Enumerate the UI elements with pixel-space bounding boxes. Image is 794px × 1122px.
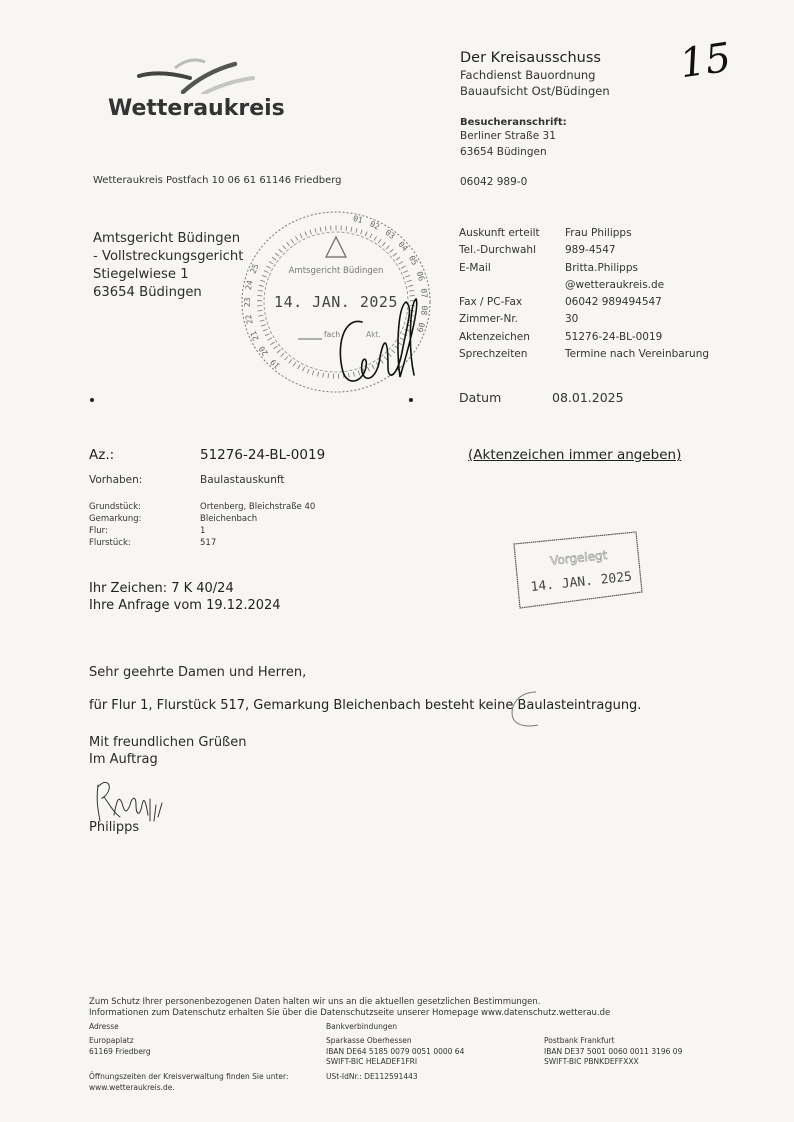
contact-info-value: 06042 989494547 [565,296,709,313]
contact-info-row: Fax / PC-Fax06042 989494547 [459,296,709,313]
svg-text:Amtsgericht Büdingen: Amtsgericht Büdingen [289,266,384,276]
bank-name: Postbank Frankfurt [544,1036,682,1047]
contact-info-row: @wetteraukreis.de [459,279,709,296]
org-division: Bauaufsicht Ost/Büdingen [460,84,610,98]
plot-detail-row: Grundstück:Ortenberg, Bleichstraße 40 [89,501,315,513]
contact-info-key: E-Mail [459,262,565,279]
logo-text: Wetteraukreis [108,96,285,121]
plot-detail-key: Gemarkung: [89,513,200,525]
contact-info-row: Tel.-Durchwahl989-4547 [459,244,709,261]
project-label: Vorhaben: [89,474,142,486]
privacy-line: Zum Schutz Ihrer personenbezogenen Daten… [89,997,610,1008]
recipient-line: - Vollstreckungsgericht [93,248,243,266]
visitor-street: Berliner Straße 31 [460,130,556,142]
opening-hours-text: Öffnungszeiten der Kreisverwaltung finde… [89,1072,289,1083]
bank-iban: IBAN DE37 5001 0060 0011 3196 09 [544,1047,682,1058]
contact-info-row: Auskunft erteiltFrau Philipps [459,227,709,244]
svg-text:09: 09 [415,321,427,333]
recipient-line: Amtsgericht Büdingen [93,230,243,248]
wetteraukreis-logo-mark [135,52,265,94]
bank-sparkasse: Sparkasse Oberhessen IBAN DE64 5185 0079… [326,1036,464,1068]
plot-detail-row: Flur:1 [89,525,315,537]
contact-info-key [459,279,565,296]
plot-detail-row: Gemarkung:Bleichenbach [89,513,315,525]
svg-text:02: 02 [368,219,381,231]
plot-details-table: Grundstück:Ortenberg, Bleichstraße 40Gem… [89,501,315,549]
plot-detail-key: Flurstück: [89,537,200,549]
your-reference: Ihr Zeichen: 7 K 40/24 [89,580,281,597]
signer-name: Philipps [89,820,139,835]
handwritten-page-mark: 15 [677,35,734,88]
footer-bank-label: Bankverbindungen [326,1022,397,1031]
contact-info-key: Tel.-Durchwahl [459,244,565,261]
contact-info-table: Auskunft erteiltFrau PhilippsTel.-Durchw… [459,227,709,365]
main-phone: 06042 989-0 [460,176,527,188]
contact-info-row: E-MailBritta.Philipps [459,262,709,279]
bank-iban: IBAN DE64 5185 0079 0051 0000 64 [326,1047,464,1058]
presented-stamp: Vorgelegt 14. JAN. 2025 [510,530,648,610]
org-department: Fachdienst Bauordnung [460,68,595,82]
bank-bic: SWIFT-BIC HELADEF1FRI [326,1057,464,1068]
contact-info-value: @wetteraukreis.de [565,279,709,296]
sender-return-address: Wetteraukreis Postfach 10 06 61 61146 Fr… [93,175,342,186]
plot-detail-value: 1 [200,525,315,537]
plot-detail-value: Ortenberg, Bleichstraße 40 [200,501,315,513]
contact-info-key: Auskunft erteilt [459,227,565,244]
footer-address-label: Adresse [89,1022,119,1031]
svg-text:07: 07 [419,288,429,299]
svg-text:24: 24 [244,279,255,290]
svg-text:Vorgelegt: Vorgelegt [549,548,608,568]
contact-info-value: Britta.Philipps [565,262,709,279]
contact-info-value: 51276-24-BL-0019 [565,331,709,348]
plot-detail-value: 517 [200,537,315,549]
contact-info-row: Zimmer-Nr.30 [459,313,709,330]
footer-address-line: Europaplatz [89,1036,151,1047]
svg-text:23: 23 [243,297,252,307]
svg-text:20: 20 [257,344,270,357]
contact-info-row: SprechzeitenTermine nach Vereinbarung [459,348,709,365]
svg-text:08: 08 [419,305,429,316]
contact-info-row: Aktenzeichen51276-24-BL-0019 [459,331,709,348]
footer-address-line: 61169 Friedberg [89,1047,151,1058]
privacy-notice: Zum Schutz Ihrer personenbezogenen Daten… [89,997,610,1018]
svg-text:22: 22 [244,314,255,325]
closing-line: Mit freundlichen Grüßen [89,734,247,751]
svg-text:03: 03 [383,228,396,241]
contact-info-key: Sprechzeiten [459,348,565,365]
project-value: Baulastauskunft [200,474,285,486]
case-number-label: Az.: [89,447,114,463]
contact-info-key: Zimmer-Nr. [459,313,565,330]
plot-detail-key: Grundstück: [89,501,200,513]
case-number-value: 51276-24-BL-0019 [200,447,325,463]
svg-text:06: 06 [415,270,427,282]
visitor-address-label: Besucheranschrift: [460,117,567,128]
contact-info-value: 30 [565,313,709,330]
statement: für Flur 1, Flurstück 517, Gemarkung Ble… [89,698,641,713]
visitor-city: 63654 Büdingen [460,146,547,158]
contact-info-value: Frau Philipps [565,227,709,244]
closing: Mit freundlichen Grüßen Im Auftrag [89,734,247,768]
svg-text:19: 19 [269,357,282,370]
bank-name: Sparkasse Oberhessen [326,1036,464,1047]
contact-info-key: Fax / PC-Fax [459,296,565,313]
reference-block: Ihr Zeichen: 7 K 40/24 Ihre Anfrage vom … [89,580,281,614]
svg-text:01: 01 [352,214,364,225]
fold-mark-right [409,398,413,402]
svg-text:04: 04 [396,240,409,253]
contact-info-value: 989-4547 [565,244,709,261]
svg-text:05: 05 [407,254,420,267]
salutation: Sehr geehrte Damen und Herren, [89,665,306,680]
fold-mark-left [90,398,94,402]
svg-text:25: 25 [249,262,261,275]
recipient-address: Amtsgericht Büdingen - Vollstreckungsger… [93,230,243,302]
bank-bic: SWIFT-BIC PBNKDEFFXXX [544,1057,682,1068]
org-title: Der Kreisausschuss [460,50,601,66]
request-date: Ihre Anfrage vom 19.12.2024 [89,597,281,614]
statement-text: für Flur 1, Flurstück 517, Gemarkung Ble… [89,698,478,713]
contact-info-value: Termine nach Vereinbarung [565,348,709,365]
svg-text:Akt.: Akt. [366,330,381,339]
svg-text:14. JAN. 2025: 14. JAN. 2025 [274,293,398,311]
date-value: 08.01.2025 [552,390,624,405]
date-label: Datum [459,390,501,405]
footer-address: Europaplatz 61169 Friedberg [89,1036,151,1057]
recipient-line: Stiegelwiese 1 [93,266,243,284]
vat-id: USt-IdNr.: DE112591443 [326,1072,418,1083]
contact-info-key: Aktenzeichen [459,331,565,348]
bank-postbank: Postbank Frankfurt IBAN DE37 5001 0060 0… [544,1036,682,1068]
plot-detail-key: Flur: [89,525,200,537]
signature [92,775,172,825]
svg-text:fach: fach [324,330,340,339]
recipient-line: 63654 Büdingen [93,284,243,302]
footer-opening-hours: Öffnungszeiten der Kreisverwaltung finde… [89,1072,289,1093]
court-receipt-stamp: 01020304050607080919202122232425 Amtsger… [238,207,434,397]
closing-line: Im Auftrag [89,751,247,768]
case-number-hint: (Aktenzeichen immer angeben) [468,447,681,463]
svg-text:14. JAN. 2025: 14. JAN. 2025 [530,570,633,596]
plot-detail-row: Flurstück:517 [89,537,315,549]
privacy-line: Informationen zum Datenschutz erhalten S… [89,1008,610,1019]
opening-hours-link[interactable]: www.wetteraukreis.de. [89,1083,289,1094]
handwritten-circle-mark [506,690,546,730]
plot-detail-value: Bleichenbach [200,513,315,525]
